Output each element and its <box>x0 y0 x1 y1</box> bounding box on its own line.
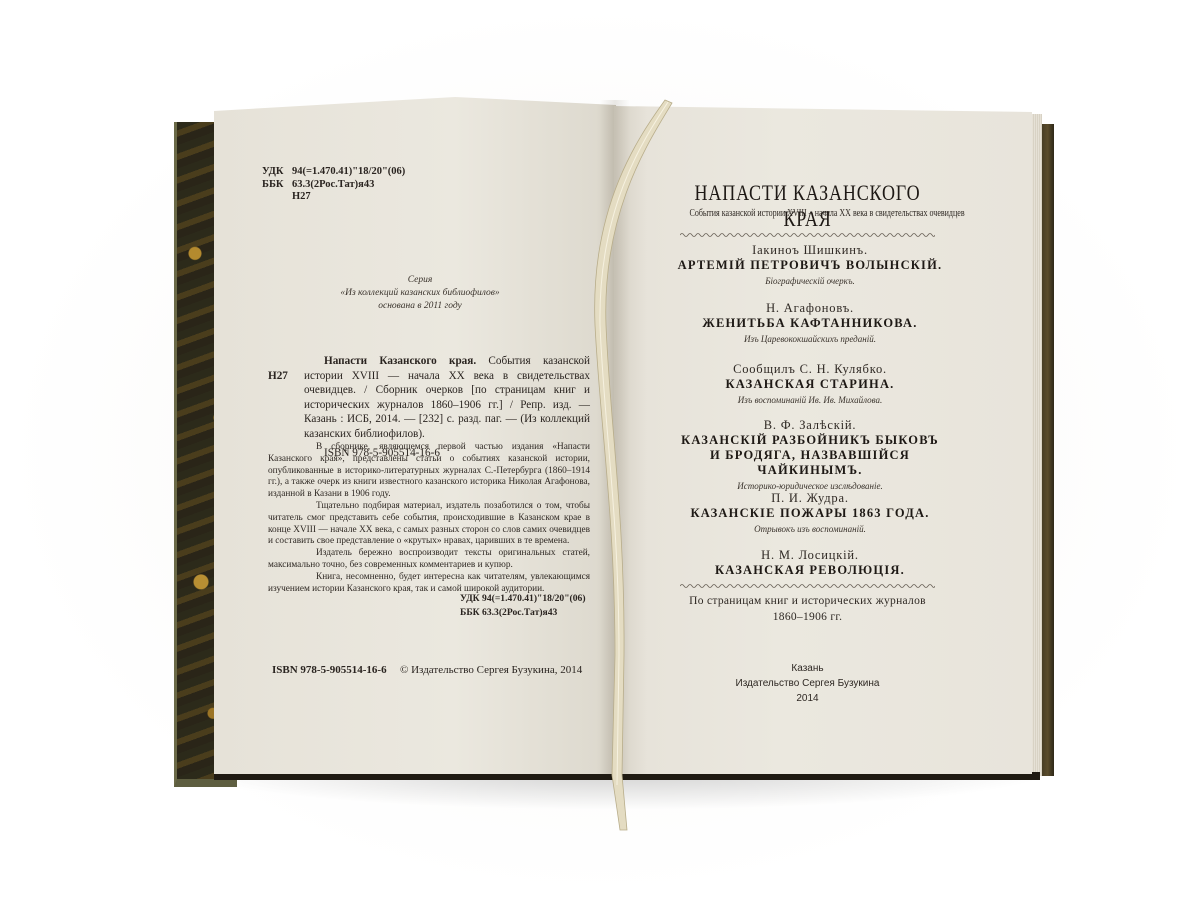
imprint: ISBN 978-5-905514-16-6 © Издательство Се… <box>272 664 592 676</box>
udk-footer-udk: УДК 94(=1.470.41)"18/20"(06) <box>460 592 586 606</box>
udk-header: УДК94(=1.470.41)"18/20"(06) ББК63.3(2Рос… <box>262 166 405 204</box>
source-line: По страницам книг и исторических журнало… <box>660 593 955 609</box>
bbk-label: ББК <box>262 179 292 192</box>
catalog-description: События казанской истории XVIII — начала… <box>304 355 590 440</box>
publisher-name: Издательство Сергея Бузукина <box>660 676 955 691</box>
series-founded: основана в 2011 году <box>300 300 540 313</box>
entry-note: Біографическій очеркъ. <box>660 276 960 286</box>
entry-author: П. И. Жудра. <box>660 491 960 506</box>
annotation-paragraph: Тщательно подбирая материал, издатель по… <box>268 501 590 548</box>
annotation-paragraph: Издатель бережно воспроизводит тексты ор… <box>268 548 590 572</box>
series-name: «Из коллекций казанских библиофилов» <box>300 287 540 300</box>
annotation: В сборнике, являющемся первой частью изд… <box>268 442 590 595</box>
book-gutter <box>600 100 630 774</box>
entry-author: Сообщилъ С. Н. Кулябко. <box>660 362 960 377</box>
udk-value: 94(=1.470.41)"18/20"(06) <box>292 166 405 177</box>
catalog-title: Напасти Казанского края. <box>324 355 476 367</box>
udk-label: УДК <box>262 166 292 179</box>
source-note: По страницам книг и исторических журнало… <box>660 593 955 625</box>
imprint-copyright: © Издательство Сергея Бузукина, 2014 <box>400 664 582 676</box>
catalog-code: Н27 <box>268 369 288 384</box>
source-years: 1860–1906 гг. <box>660 609 955 625</box>
entry-author: В. Ф. Залѣскій. <box>660 418 960 433</box>
publisher-block: Казань Издательство Сергея Бузукина 2014 <box>660 661 955 706</box>
entry-title: АРТЕМІЙ ПЕТРОВИЧЪ ВОЛЫНСКІЙ. <box>660 258 960 273</box>
author-mark: Н27 <box>292 191 311 202</box>
entry-note: Отрывокъ изъ воспоминаній. <box>660 524 960 534</box>
entry-note: Историко-юридическое изслѣдованіе. <box>660 481 960 491</box>
book-title: НАПАСТИ КАЗАНСКОГО КРАЯ <box>687 180 929 232</box>
series-label: Серия <box>300 274 540 287</box>
entry-note: Изъ воспоминаній Ив. Ив. Михайлова. <box>660 395 960 405</box>
entry-author: Н. Агафоновъ. <box>660 301 960 316</box>
bbk-value: 63.3(2Рос.Тат)я43 <box>292 179 374 190</box>
entry-title: КАЗАНСКІЕ ПОЖАРЫ 1863 ГОДА. <box>660 506 960 521</box>
book-subtitle: События казанской истории XVIII – начала… <box>690 208 926 219</box>
publisher-year: 2014 <box>660 691 955 706</box>
publisher-city: Казань <box>660 661 955 676</box>
entry-title: КАЗАНСКАЯ СТАРИНА. <box>660 377 960 392</box>
annotation-paragraph: В сборнике, являющемся первой частью изд… <box>268 442 590 501</box>
entry-title: ЖЕНИТЬБА КАФТАННИКОВА. <box>660 316 960 331</box>
contents-entry: Іакиноъ Шишкинъ. АРТЕМІЙ ПЕТРОВИЧЪ ВОЛЫН… <box>660 243 960 286</box>
contents-entry: Н. М. Лосицкій. КАЗАНСКАЯ РЕВОЛЮЦІЯ. <box>660 548 960 578</box>
entry-note: Изъ Царевококшайскихъ преданій. <box>660 334 960 344</box>
series-block: Серия «Из коллекций казанских библиофило… <box>300 274 540 313</box>
contents-entry: В. Ф. Залѣскій. КАЗАНСКІЙ РАЗБОЙНИКЪ БЫК… <box>660 418 960 491</box>
wavy-divider <box>680 232 935 238</box>
entry-title: КАЗАНСКАЯ РЕВОЛЮЦІЯ. <box>660 563 960 578</box>
entry-title-line2: И БРОДЯГА, НАЗВАВШІЙСЯ ЧАЙКИНЫМЪ. <box>660 448 960 478</box>
udk-footer: УДК 94(=1.470.41)"18/20"(06) ББК 63.3(2Р… <box>460 592 586 620</box>
imprint-isbn: ISBN 978-5-905514-16-6 <box>272 664 387 676</box>
contents-entry: П. И. Жудра. КАЗАНСКІЕ ПОЖАРЫ 1863 ГОДА.… <box>660 491 960 534</box>
entry-author: Н. М. Лосицкій. <box>660 548 960 563</box>
contents-entry: Н. Агафоновъ. ЖЕНИТЬБА КАФТАННИКОВА. Изъ… <box>660 301 960 344</box>
entry-title: КАЗАНСКІЙ РАЗБОЙНИКЪ БЫКОВЪ <box>660 433 960 448</box>
entry-author: Іакиноъ Шишкинъ. <box>660 243 960 258</box>
udk-footer-bbk: ББК 63.3(2Рос.Тат)я43 <box>460 606 586 620</box>
contents-entry: Сообщилъ С. Н. Кулябко. КАЗАНСКАЯ СТАРИН… <box>660 362 960 405</box>
wavy-divider <box>680 583 935 589</box>
